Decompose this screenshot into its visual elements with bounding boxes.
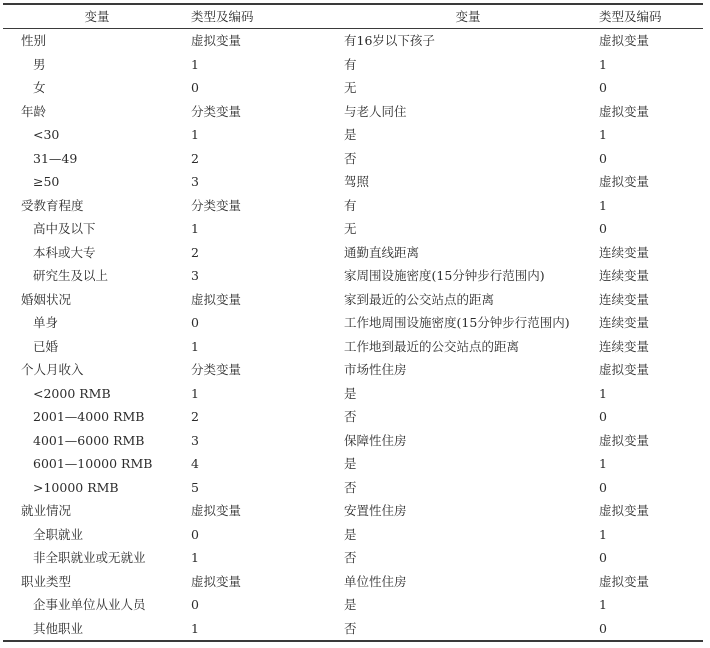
right-type-coding-cell: 0 <box>599 546 703 570</box>
table-row: 就业情况虚拟变量安置性住房虚拟变量 <box>3 499 703 523</box>
table-body: 性别虚拟变量有16岁以下孩子虚拟变量男1有1女0无0年龄分类变量与老人同住虚拟变… <box>3 29 703 642</box>
left-type-coding-cell: 3 <box>191 170 337 194</box>
table-row: <301是1 <box>3 123 703 147</box>
right-variable-cell: 否 <box>337 405 599 429</box>
table-row: 高中及以下1无0 <box>3 217 703 241</box>
left-variable-cell: 高中及以下 <box>3 217 191 241</box>
left-variable-cell: ≥50 <box>3 170 191 194</box>
table-row: 4001—6000 RMB3保障性住房虚拟变量 <box>3 429 703 453</box>
table-row: 男1有1 <box>3 53 703 77</box>
right-type-coding-cell: 1 <box>599 593 703 617</box>
table-row: 单身0工作地周围设施密度(15分钟步行范围内)连续变量 <box>3 311 703 335</box>
right-variable-cell: 无 <box>337 76 599 100</box>
header-row: 变量 类型及编码 变量 类型及编码 <box>3 4 703 29</box>
right-type-coding-cell: 虚拟变量 <box>599 429 703 453</box>
left-variable-cell: 受教育程度 <box>3 194 191 218</box>
right-variable-cell: 保障性住房 <box>337 429 599 453</box>
table-row: 研究生及以上3家周围设施密度(15分钟步行范围内)连续变量 <box>3 264 703 288</box>
right-variable-cell: 无 <box>337 217 599 241</box>
variable-coding-table: 变量 类型及编码 变量 类型及编码 性别虚拟变量有16岁以下孩子虚拟变量男1有1… <box>3 3 703 642</box>
right-type-coding-cell: 0 <box>599 476 703 500</box>
table-row: 职业类型虚拟变量单位性住房虚拟变量 <box>3 570 703 594</box>
left-variable-cell: 已婚 <box>3 335 191 359</box>
left-type-coding-cell: 0 <box>191 311 337 335</box>
left-variable-cell: 女 <box>3 76 191 100</box>
right-type-coding-cell: 虚拟变量 <box>599 570 703 594</box>
left-type-coding-cell: 5 <box>191 476 337 500</box>
table-row: 2001—4000 RMB2否0 <box>3 405 703 429</box>
right-type-coding-cell: 1 <box>599 382 703 406</box>
table-row: 性别虚拟变量有16岁以下孩子虚拟变量 <box>3 29 703 53</box>
right-variable-cell: 工作地到最近的公交站点的距离 <box>337 335 599 359</box>
right-variable-cell: 有 <box>337 53 599 77</box>
right-type-coding-cell: 0 <box>599 76 703 100</box>
header-variable-left: 变量 <box>3 4 191 29</box>
right-type-coding-cell: 0 <box>599 217 703 241</box>
left-variable-cell: 性别 <box>3 29 191 53</box>
right-type-coding-cell: 虚拟变量 <box>599 170 703 194</box>
right-variable-cell: 单位性住房 <box>337 570 599 594</box>
table-row: 受教育程度分类变量有1 <box>3 194 703 218</box>
right-type-coding-cell: 1 <box>599 194 703 218</box>
right-type-coding-cell: 1 <box>599 452 703 476</box>
left-type-coding-cell: 分类变量 <box>191 358 337 382</box>
right-variable-cell: 否 <box>337 617 599 642</box>
left-type-coding-cell: 1 <box>191 53 337 77</box>
left-variable-cell: 企事业单位从业人员 <box>3 593 191 617</box>
table-row: 非全职就业或无就业1否0 <box>3 546 703 570</box>
left-variable-cell: 个人月收入 <box>3 358 191 382</box>
table-row: 其他职业1否0 <box>3 617 703 642</box>
left-variable-cell: 全职就业 <box>3 523 191 547</box>
left-type-coding-cell: 1 <box>191 546 337 570</box>
left-type-coding-cell: 3 <box>191 429 337 453</box>
left-type-coding-cell: 2 <box>191 147 337 171</box>
table-row: >10000 RMB5否0 <box>3 476 703 500</box>
right-type-coding-cell: 1 <box>599 123 703 147</box>
right-variable-cell: 驾照 <box>337 170 599 194</box>
left-type-coding-cell: 虚拟变量 <box>191 570 337 594</box>
left-type-coding-cell: 1 <box>191 382 337 406</box>
right-variable-cell: 与老人同住 <box>337 100 599 124</box>
left-variable-cell: 单身 <box>3 311 191 335</box>
left-variable-cell: 本科或大专 <box>3 241 191 265</box>
left-type-coding-cell: 2 <box>191 405 337 429</box>
right-type-coding-cell: 虚拟变量 <box>599 100 703 124</box>
right-variable-cell: 是 <box>337 593 599 617</box>
right-type-coding-cell: 1 <box>599 523 703 547</box>
right-type-coding-cell: 0 <box>599 147 703 171</box>
right-variable-cell: 否 <box>337 546 599 570</box>
right-type-coding-cell: 虚拟变量 <box>599 499 703 523</box>
left-type-coding-cell: 0 <box>191 523 337 547</box>
right-type-coding-cell: 虚拟变量 <box>599 358 703 382</box>
left-variable-cell: 研究生及以上 <box>3 264 191 288</box>
left-type-coding-cell: 分类变量 <box>191 100 337 124</box>
left-variable-cell: >10000 RMB <box>3 476 191 500</box>
variable-coding-table-container: 变量 类型及编码 变量 类型及编码 性别虚拟变量有16岁以下孩子虚拟变量男1有1… <box>3 3 703 642</box>
left-type-coding-cell: 1 <box>191 617 337 642</box>
left-variable-cell: 职业类型 <box>3 570 191 594</box>
left-type-coding-cell: 3 <box>191 264 337 288</box>
right-type-coding-cell: 0 <box>599 617 703 642</box>
right-variable-cell: 安置性住房 <box>337 499 599 523</box>
left-type-coding-cell: 虚拟变量 <box>191 29 337 53</box>
left-type-coding-cell: 虚拟变量 <box>191 499 337 523</box>
right-variable-cell: 有16岁以下孩子 <box>337 29 599 53</box>
left-type-coding-cell: 1 <box>191 123 337 147</box>
table-row: 31—492否0 <box>3 147 703 171</box>
table-row: 婚姻状况虚拟变量家到最近的公交站点的距离连续变量 <box>3 288 703 312</box>
right-variable-cell: 否 <box>337 147 599 171</box>
left-variable-cell: 非全职就业或无就业 <box>3 546 191 570</box>
right-type-coding-cell: 连续变量 <box>599 288 703 312</box>
header-variable-right: 变量 <box>337 4 599 29</box>
left-type-coding-cell: 1 <box>191 217 337 241</box>
table-row: ≥503驾照虚拟变量 <box>3 170 703 194</box>
left-variable-cell: 31—49 <box>3 147 191 171</box>
table-row: 个人月收入分类变量市场性住房虚拟变量 <box>3 358 703 382</box>
right-type-coding-cell: 0 <box>599 405 703 429</box>
table-row: 6001—10000 RMB4是1 <box>3 452 703 476</box>
right-variable-cell: 是 <box>337 523 599 547</box>
right-variable-cell: 是 <box>337 382 599 406</box>
table-row: 本科或大专2通勤直线距离连续变量 <box>3 241 703 265</box>
left-type-coding-cell: 1 <box>191 335 337 359</box>
table-row: <2000 RMB1是1 <box>3 382 703 406</box>
right-type-coding-cell: 1 <box>599 53 703 77</box>
left-type-coding-cell: 分类变量 <box>191 194 337 218</box>
left-variable-cell: 2001—4000 RMB <box>3 405 191 429</box>
left-type-coding-cell: 0 <box>191 593 337 617</box>
table-row: 女0无0 <box>3 76 703 100</box>
table-row: 企事业单位从业人员0是1 <box>3 593 703 617</box>
right-variable-cell: 是 <box>337 452 599 476</box>
right-type-coding-cell: 连续变量 <box>599 311 703 335</box>
right-variable-cell: 有 <box>337 194 599 218</box>
left-variable-cell: 婚姻状况 <box>3 288 191 312</box>
table-row: 已婚1工作地到最近的公交站点的距离连续变量 <box>3 335 703 359</box>
left-variable-cell: 6001—10000 RMB <box>3 452 191 476</box>
left-type-coding-cell: 4 <box>191 452 337 476</box>
table-row: 年龄分类变量与老人同住虚拟变量 <box>3 100 703 124</box>
left-variable-cell: 就业情况 <box>3 499 191 523</box>
right-type-coding-cell: 连续变量 <box>599 335 703 359</box>
table-row: 全职就业0是1 <box>3 523 703 547</box>
left-variable-cell: 4001—6000 RMB <box>3 429 191 453</box>
left-type-coding-cell: 虚拟变量 <box>191 288 337 312</box>
left-variable-cell: 年龄 <box>3 100 191 124</box>
right-variable-cell: 家周围设施密度(15分钟步行范围内) <box>337 264 599 288</box>
right-variable-cell: 工作地周围设施密度(15分钟步行范围内) <box>337 311 599 335</box>
right-variable-cell: 家到最近的公交站点的距离 <box>337 288 599 312</box>
left-variable-cell: 其他职业 <box>3 617 191 642</box>
left-type-coding-cell: 0 <box>191 76 337 100</box>
left-variable-cell: <30 <box>3 123 191 147</box>
left-type-coding-cell: 2 <box>191 241 337 265</box>
right-variable-cell: 是 <box>337 123 599 147</box>
right-variable-cell: 通勤直线距离 <box>337 241 599 265</box>
header-type-coding-right: 类型及编码 <box>599 4 703 29</box>
right-variable-cell: 否 <box>337 476 599 500</box>
right-type-coding-cell: 连续变量 <box>599 241 703 265</box>
right-type-coding-cell: 虚拟变量 <box>599 29 703 53</box>
header-type-coding-left: 类型及编码 <box>191 4 337 29</box>
left-variable-cell: <2000 RMB <box>3 382 191 406</box>
right-type-coding-cell: 连续变量 <box>599 264 703 288</box>
right-variable-cell: 市场性住房 <box>337 358 599 382</box>
table-header: 变量 类型及编码 变量 类型及编码 <box>3 4 703 29</box>
left-variable-cell: 男 <box>3 53 191 77</box>
